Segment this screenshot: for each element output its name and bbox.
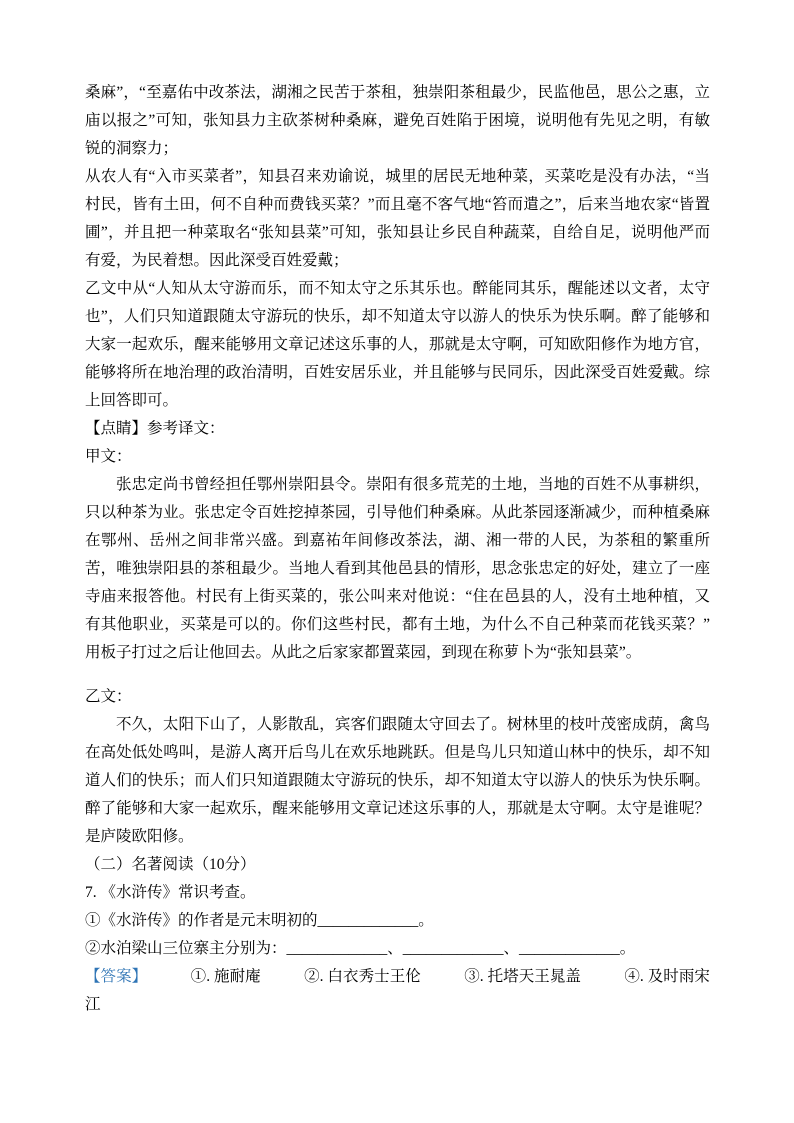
analysis-paragraph-3: 乙文中从“人知从太守游而乐，而不知太守之乐其乐也。醉能同其乐，醒能述以文者，太守… (85, 275, 710, 415)
answer-label: 【答案】 (85, 968, 147, 985)
answer-item: ②. 白衣秀士王伦 (304, 968, 421, 985)
question-7-blank-2: ②水泊梁山三位寨主分别为：_____________、_____________… (85, 935, 710, 963)
analysis-paragraph-1: 桑麻”，“至嘉佑中改茶法，湖湘之民苦于茶租，独崇阳茶租最少，民监他邑，思公之惠，… (85, 79, 710, 163)
yiwen-heading: 乙文： (85, 683, 710, 711)
question-7: 7. 《水浒传》常识考查。 (85, 879, 710, 907)
answer-item: ①. 施耐庵 (191, 968, 261, 985)
document-page: 桑麻”，“至嘉佑中改茶法，湖湘之民苦于茶租，独崇阳茶租最少，民监他邑，思公之惠，… (0, 0, 794, 1123)
question-7-blank-1: ①《水浒传》的作者是元末明初的_____________。 (85, 907, 710, 935)
dianjing-heading: 【点睛】参考译文： (85, 415, 710, 443)
answer-line: 【答案】①. 施耐庵②. 白衣秀士王伦③. 托塔天王晁盖④. 及时雨宋江 (85, 963, 710, 1019)
jiawen-translation: 张忠定尚书曾经担任鄂州崇阳县令。崇阳有很多荒芜的土地，当地的百姓不从事耕织，只以… (85, 471, 710, 667)
yiwen-translation: 不久，太阳下山了，人影散乱，宾客们跟随太守回去了。树林里的枝叶茂密成荫，禽鸟在高… (85, 711, 710, 851)
section-heading-mingzhu: （二）名著阅读（10分） (85, 851, 710, 879)
answer-item: ③. 托塔天王晁盖 (464, 968, 581, 985)
blank-line (85, 667, 710, 683)
analysis-paragraph-2: 从农人有“入市买菜者”，知县召来劝谕说，城里的居民无地种菜，买菜吃是没有办法，“… (85, 163, 710, 275)
document-content: 桑麻”，“至嘉佑中改茶法，湖湘之民苦于茶租，独崇阳茶租最少，民监他邑，思公之惠，… (85, 79, 710, 1019)
jiawen-heading: 甲文： (85, 443, 710, 471)
